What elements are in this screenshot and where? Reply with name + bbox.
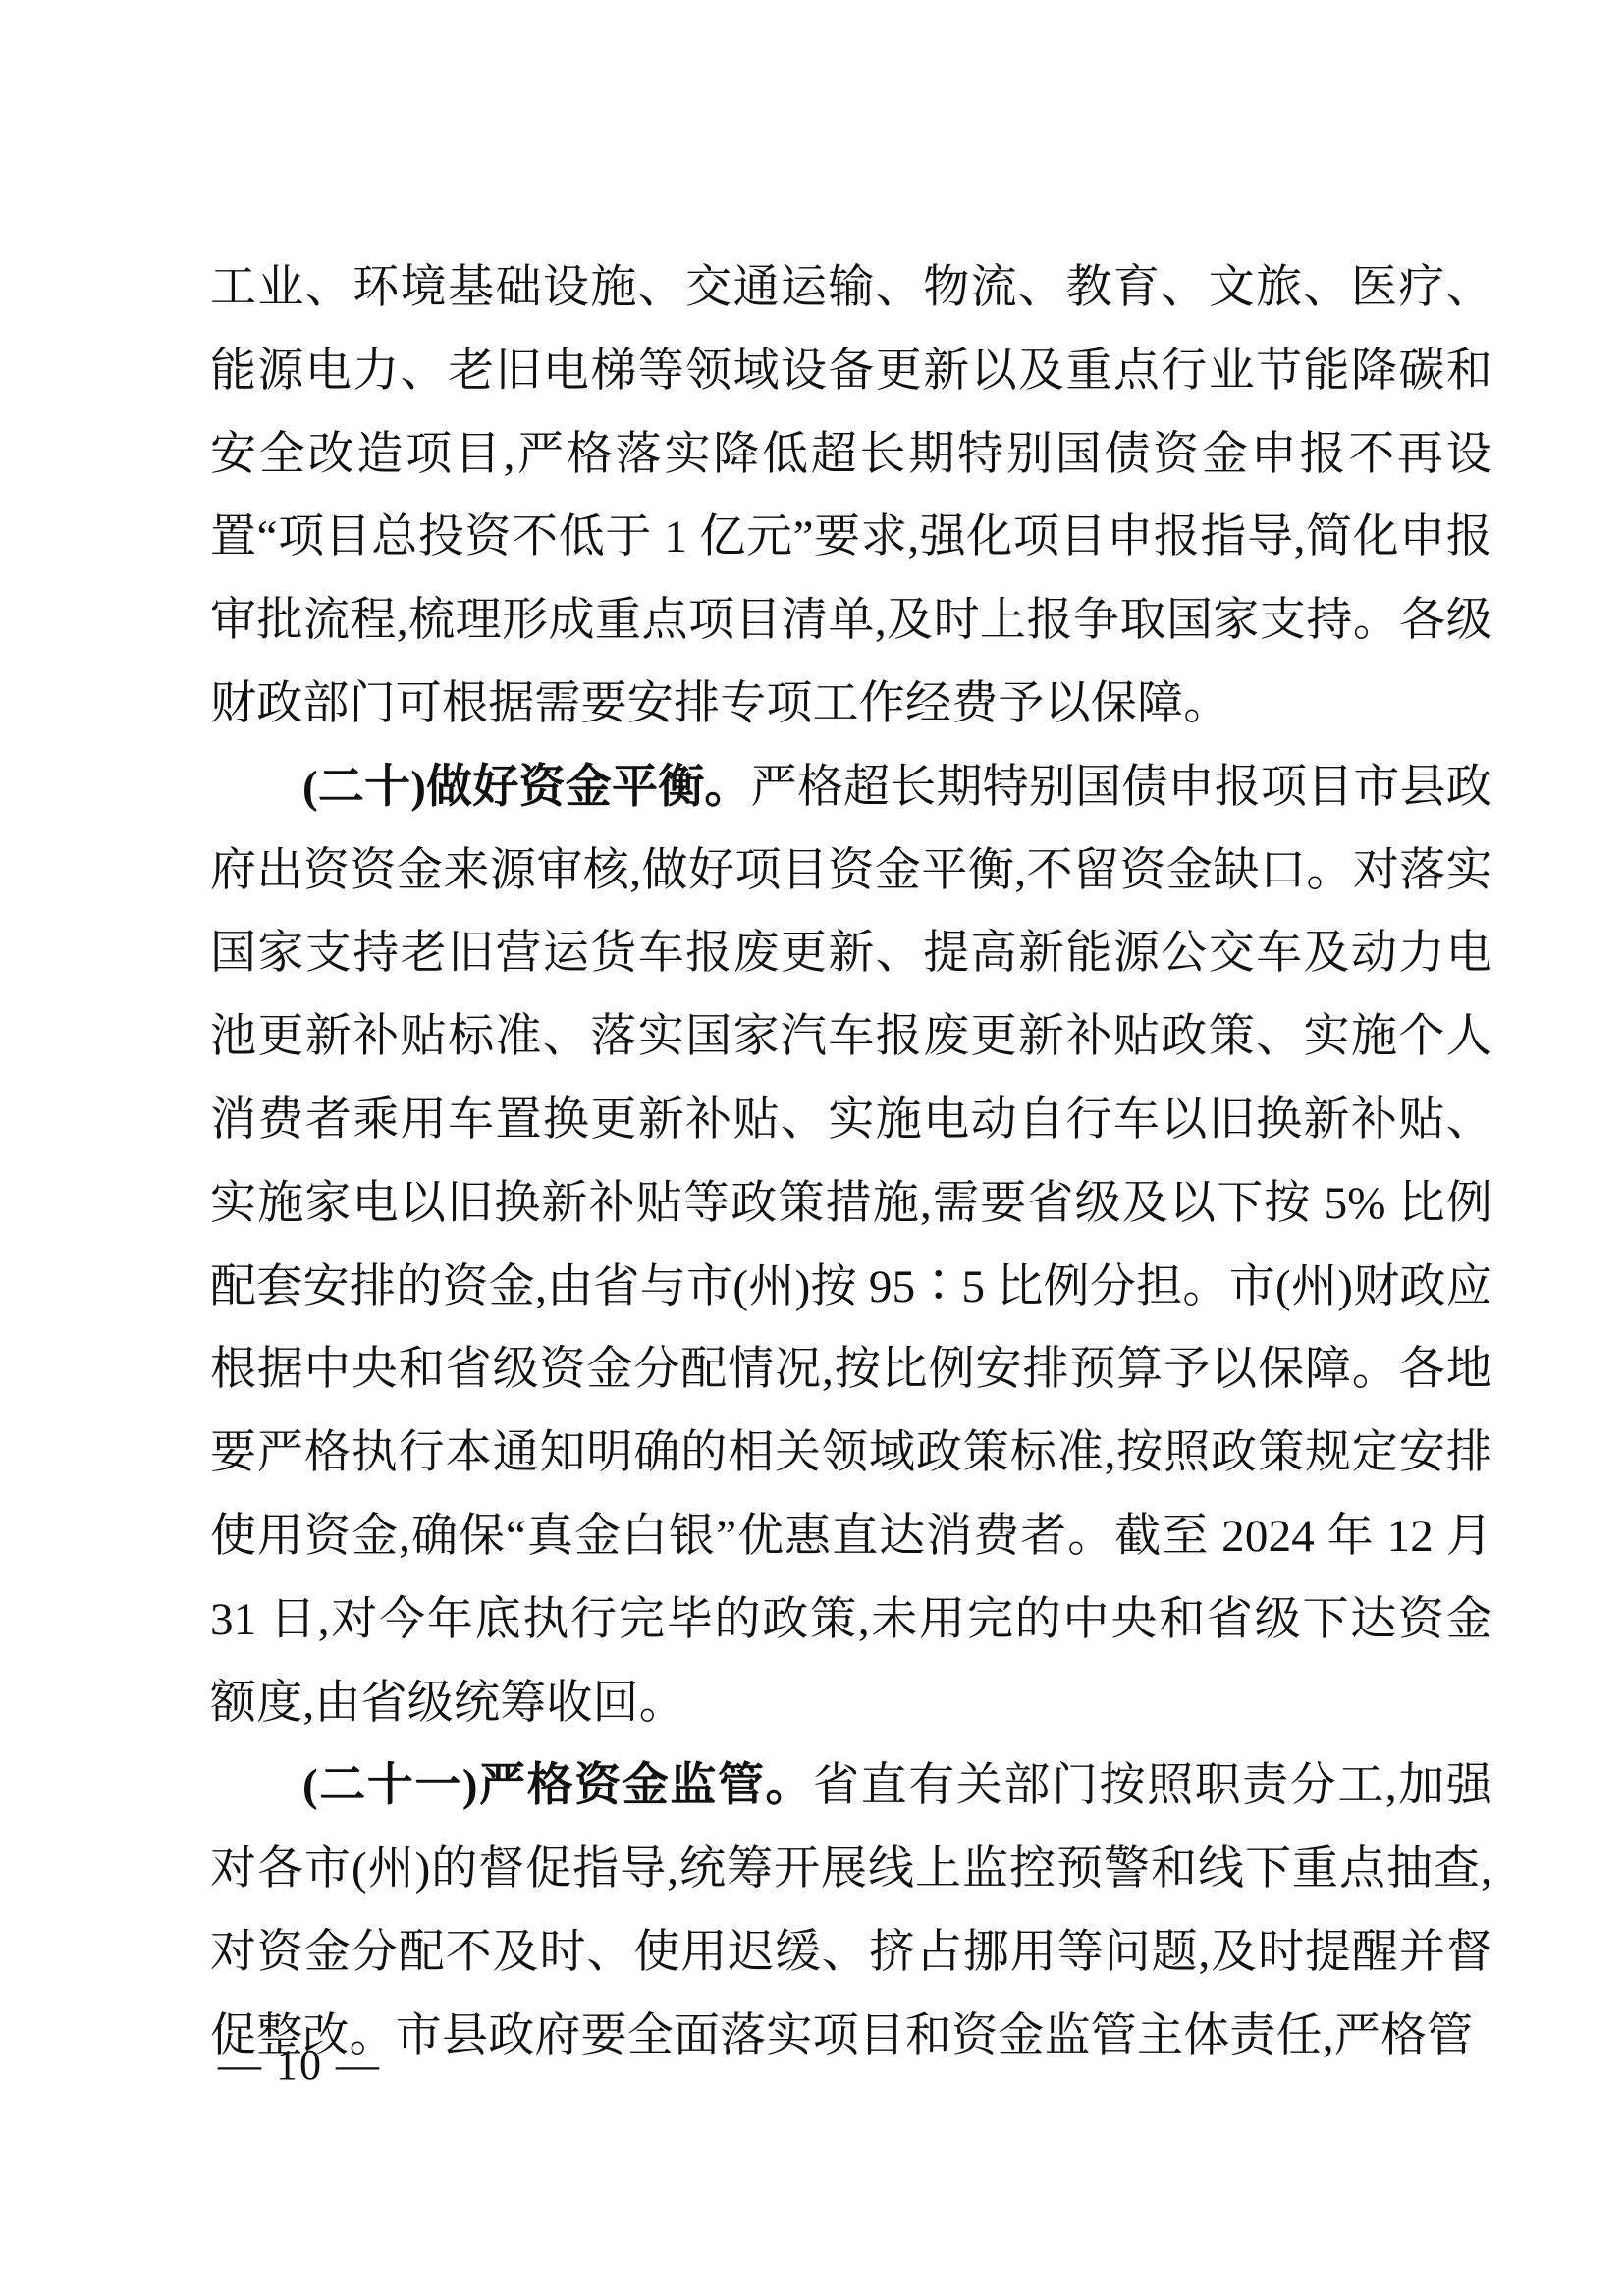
para-item-21: (二十一)严格资金监管。省直有关部门按照职责分工,加强对各市(州)的督促指导,统… [210,1744,1492,2077]
body-text: 工业、环境基础设施、交通运输、物流、教育、文旅、医疗、能源电力、老旧电梯等领域设… [210,262,1492,729]
item-heading: (二十)做好资金平衡。 [302,762,751,813]
para-item-20: (二十)做好资金平衡。严格超长期特别国债申报项目市县政府出资资金来源审核,做好项… [210,746,1492,1745]
body-text: 严格超长期特别国债申报项目市县政府出资资金来源审核,做好项目资金平衡,不留资金缺… [210,762,1492,1729]
document-body: 工业、环境基础设施、交通运输、物流、教育、文旅、医疗、能源电力、老旧电梯等领域设… [210,246,1492,2078]
item-heading: (二十一)严格资金监管。 [302,1760,813,1811]
document-page: 工业、环境基础设施、交通运输、物流、教育、文旅、医疗、能源电力、老旧电梯等领域设… [0,0,1624,2296]
page-number: — 10 — [218,2044,381,2087]
para-continuation: 工业、环境基础设施、交通运输、物流、教育、文旅、医疗、能源电力、老旧电梯等领域设… [210,246,1492,746]
